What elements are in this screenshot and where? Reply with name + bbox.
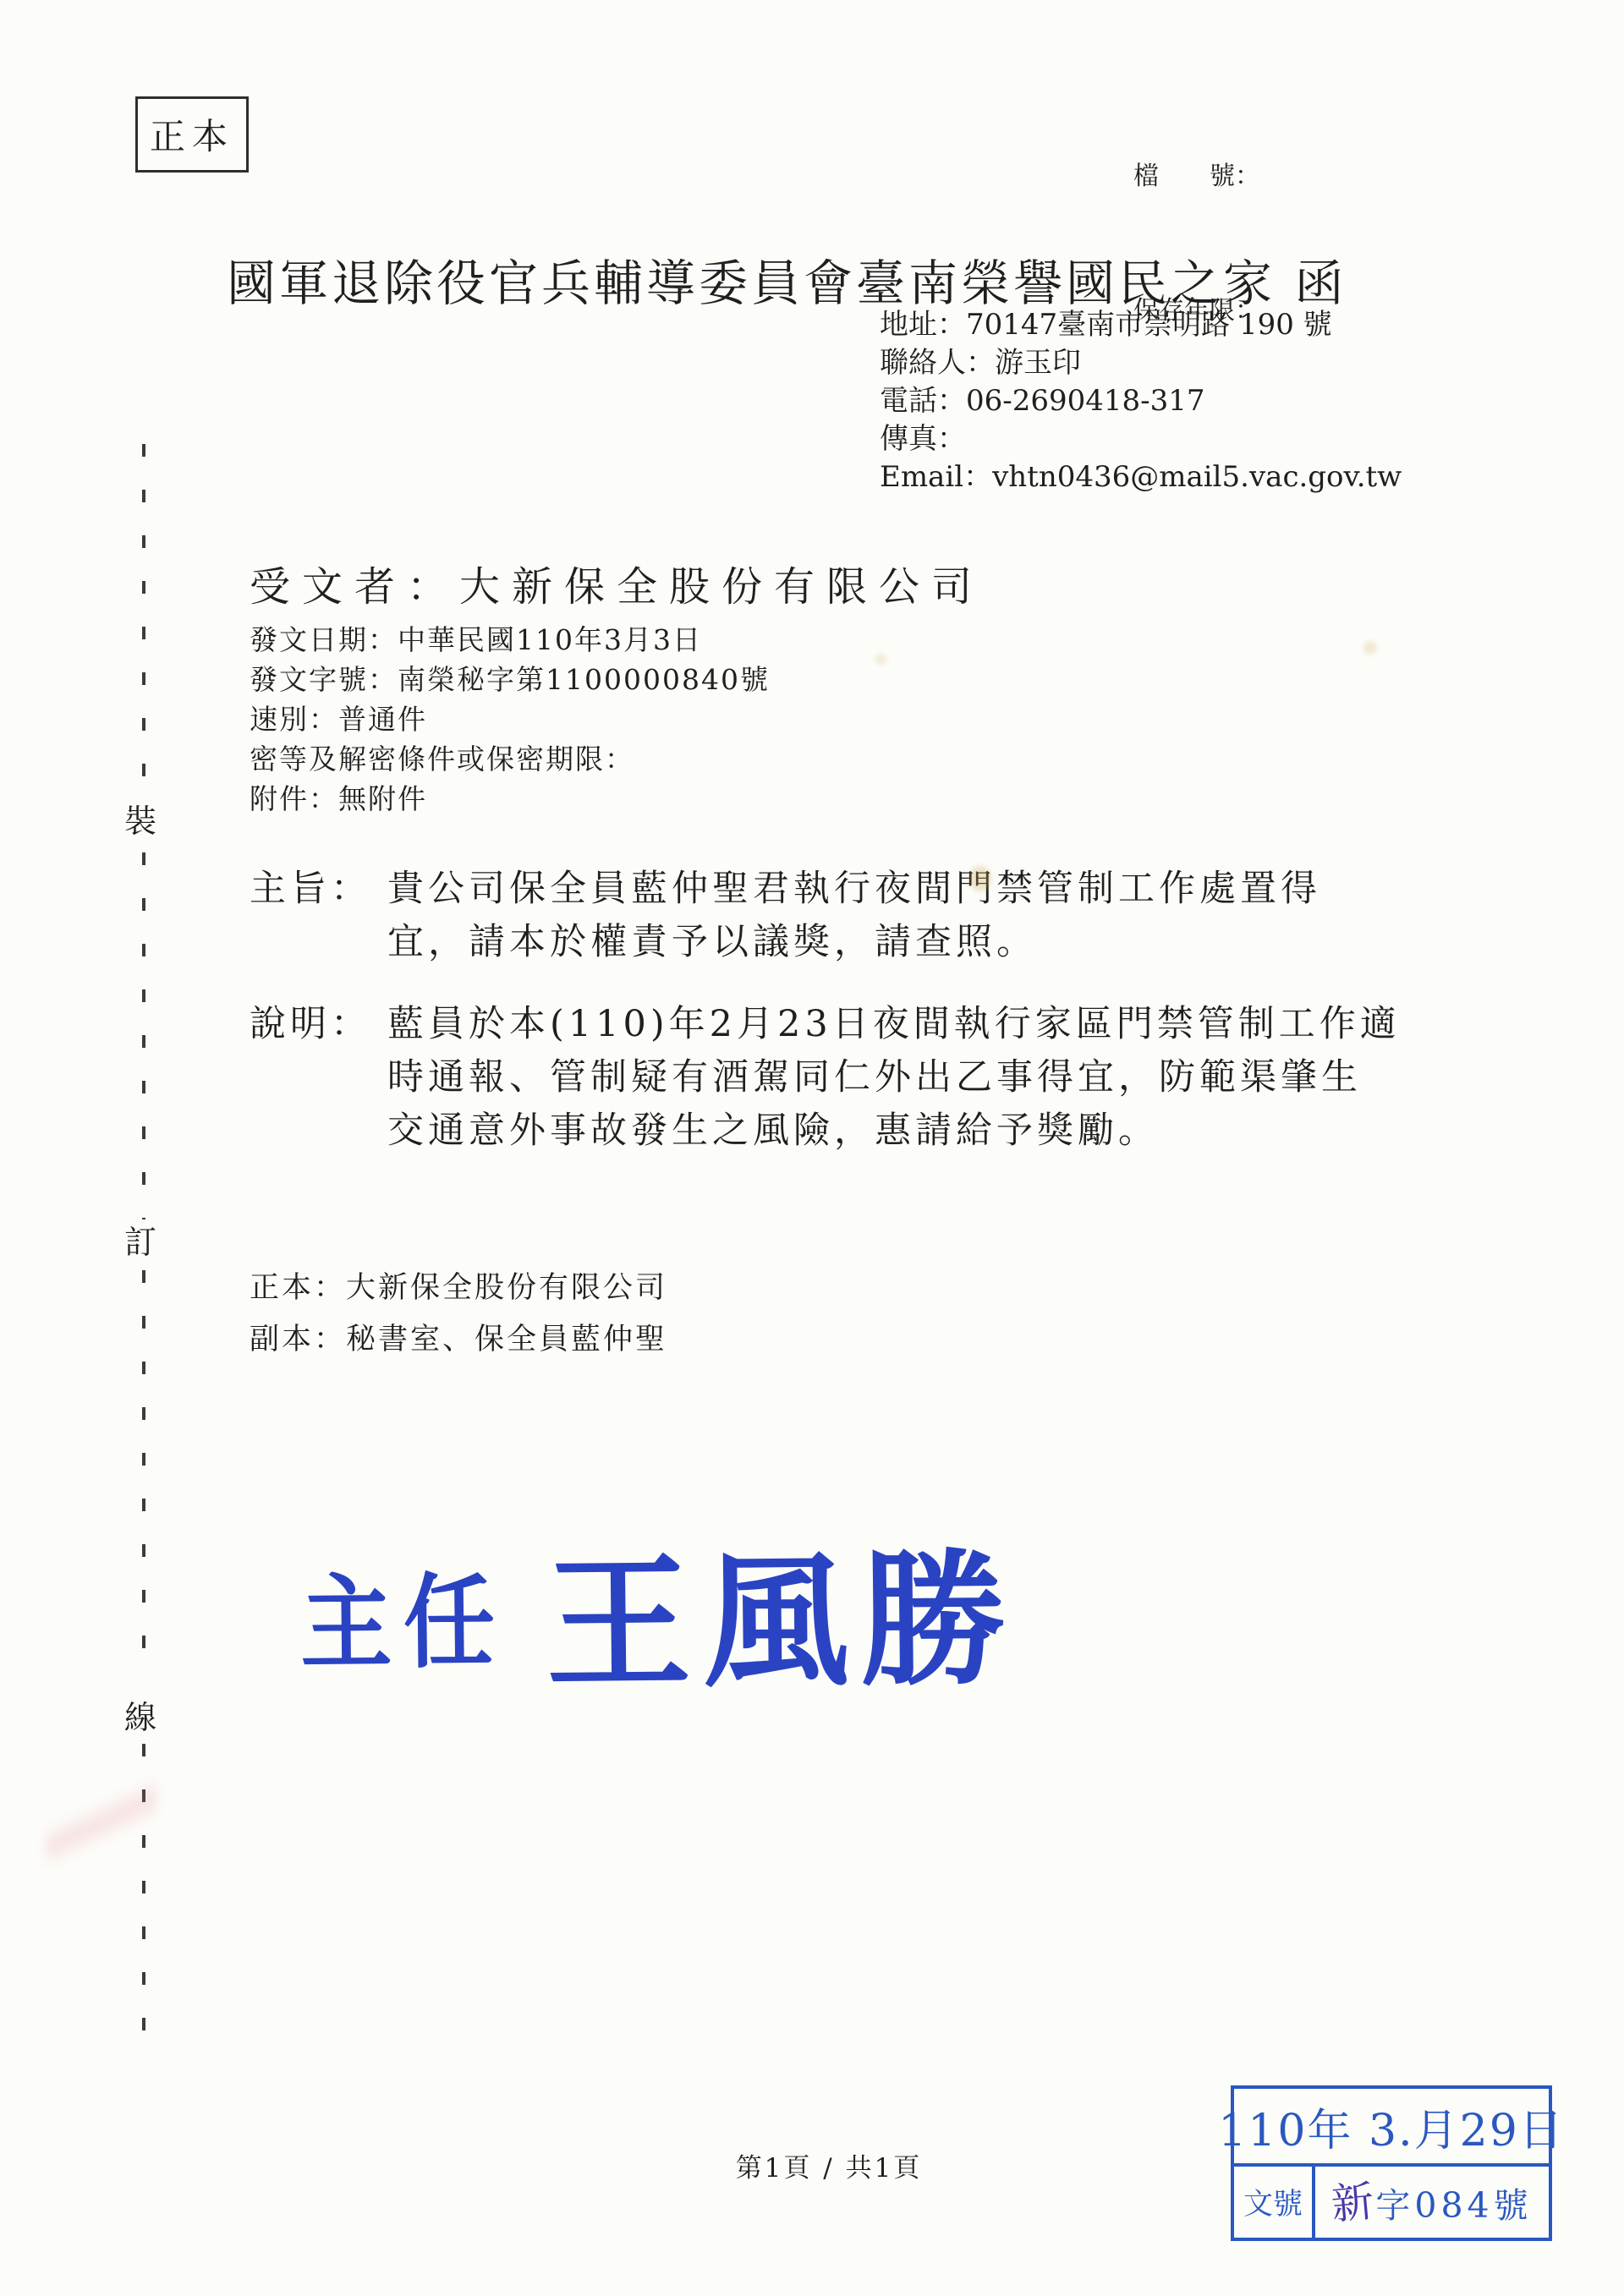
director-signature-stamp: 主任 王風勝	[299, 1504, 1019, 1720]
stamped-doc-no: 字084號	[1375, 2178, 1532, 2228]
binding-mark-ding: 訂	[124, 1216, 156, 1263]
document-title: 國軍退除役官兵輔導委員會臺南榮譽國民之家 函	[227, 244, 1347, 315]
description-text: 藍員於本(110)年2月23日夜間執行家區門禁管制工作適 時通報、管制疑有酒駕同…	[387, 998, 1401, 1158]
attachment-line: 附件：無附件	[250, 779, 770, 819]
issue-date-line: 發文日期：中華民國110年3月3日	[250, 620, 770, 660]
description-line: 藍員於本(110)年2月23日夜間執行家區門禁管制工作適	[387, 998, 1401, 1051]
paper-stain	[969, 866, 991, 891]
signer-name: 王風勝	[545, 1504, 1019, 1718]
sender-contact-person: 聯絡人：游玉印	[880, 344, 1402, 382]
signer-title: 主任	[299, 1540, 507, 1689]
recipient-line: 受文者：大新保全股份有限公司	[250, 554, 984, 612]
binding-dashed-line	[142, 852, 145, 1219]
duplicate-copy-recipient: 副本：秘書室、保全員藍仲聖	[250, 1314, 667, 1366]
description-line: 時通報、管制疑有酒駕同仁外出乙事得宜，防範渠肇生	[387, 1051, 1401, 1104]
subject-line: 貴公司保全員藍仲聖君執行夜間門禁管制工作處置得	[387, 863, 1321, 916]
copy-type-label: 正本	[150, 109, 234, 160]
sender-phone: 電話：06-2690418-317	[880, 382, 1402, 420]
sender-address: 地址：70147臺南市崇明路 190 號	[880, 306, 1402, 344]
issue-number-line: 發文字號：南榮秘字第1100000840號	[250, 660, 770, 699]
subject-line: 宜，請本於權責予以議獎，請查照。	[387, 916, 1321, 969]
subject-paragraph: 主旨： 貴公司保全員藍仲聖君執行夜間門禁管制工作處置得 宜，請本於權責予以議獎，…	[250, 863, 1321, 969]
document-meta-block: 發文日期：中華民國110年3月3日 發文字號：南榮秘字第1100000840號 …	[250, 620, 770, 819]
security-class-line: 密等及解密條件或保密期限：	[250, 739, 770, 779]
description-paragraph: 說明： 藍員於本(110)年2月23日夜間執行家區門禁管制工作適 時通報、管制疑…	[250, 998, 1401, 1158]
binding-dashed-line	[142, 1270, 145, 1676]
binding-mark-xian: 線	[124, 1691, 156, 1738]
scanned-official-letter: { "doc": { "copy_label": "正本", "file_no_…	[0, 0, 1624, 2296]
received-date-stamp: 110年 3.月29日 文號 新 字084號	[1231, 2085, 1552, 2241]
subject-label: 主旨：	[250, 863, 387, 969]
original-copy-recipient: 正本：大新保全股份有限公司	[250, 1263, 667, 1314]
speed-class-line: 速別：普通件	[250, 699, 770, 739]
received-stamp-doc-no: 新 字084號	[1315, 2167, 1549, 2238]
received-stamp-number-row: 文號 新 字084號	[1234, 2167, 1549, 2238]
binding-dashed-line	[142, 444, 145, 791]
subject-text: 貴公司保全員藍仲聖君執行夜間門禁管制工作處置得 宜，請本於權責予以議獎，請查照。	[387, 863, 1321, 969]
copy-type-box: 正本	[135, 96, 249, 173]
received-stamp-date: 110年 3.月29日	[1234, 2089, 1549, 2167]
received-stamp-doc-no-label: 文號	[1234, 2167, 1315, 2238]
description-label: 說明：	[250, 998, 387, 1158]
sender-fax: 傳真：	[880, 420, 1402, 458]
sender-info-block: 地址：70147臺南市崇明路 190 號 聯絡人：游玉印 電話：06-26904…	[880, 306, 1402, 496]
sender-email: Email：vhtn0436@mail5.vac.gov.tw	[880, 458, 1402, 496]
distribution-block: 正本：大新保全股份有限公司 副本：秘書室、保全員藍仲聖	[250, 1263, 667, 1366]
description-line: 交通意外事故發生之風險，惠請給予獎勵。	[387, 1104, 1401, 1158]
file-number-label: 檔 號：	[1133, 154, 1260, 199]
handwritten-character: 新	[1329, 2167, 1376, 2232]
paper-stain	[1363, 641, 1377, 655]
paper-smudge	[47, 1734, 156, 1903]
paper-stain	[875, 654, 886, 665]
binding-mark-zhuang: 裝	[124, 795, 156, 841]
